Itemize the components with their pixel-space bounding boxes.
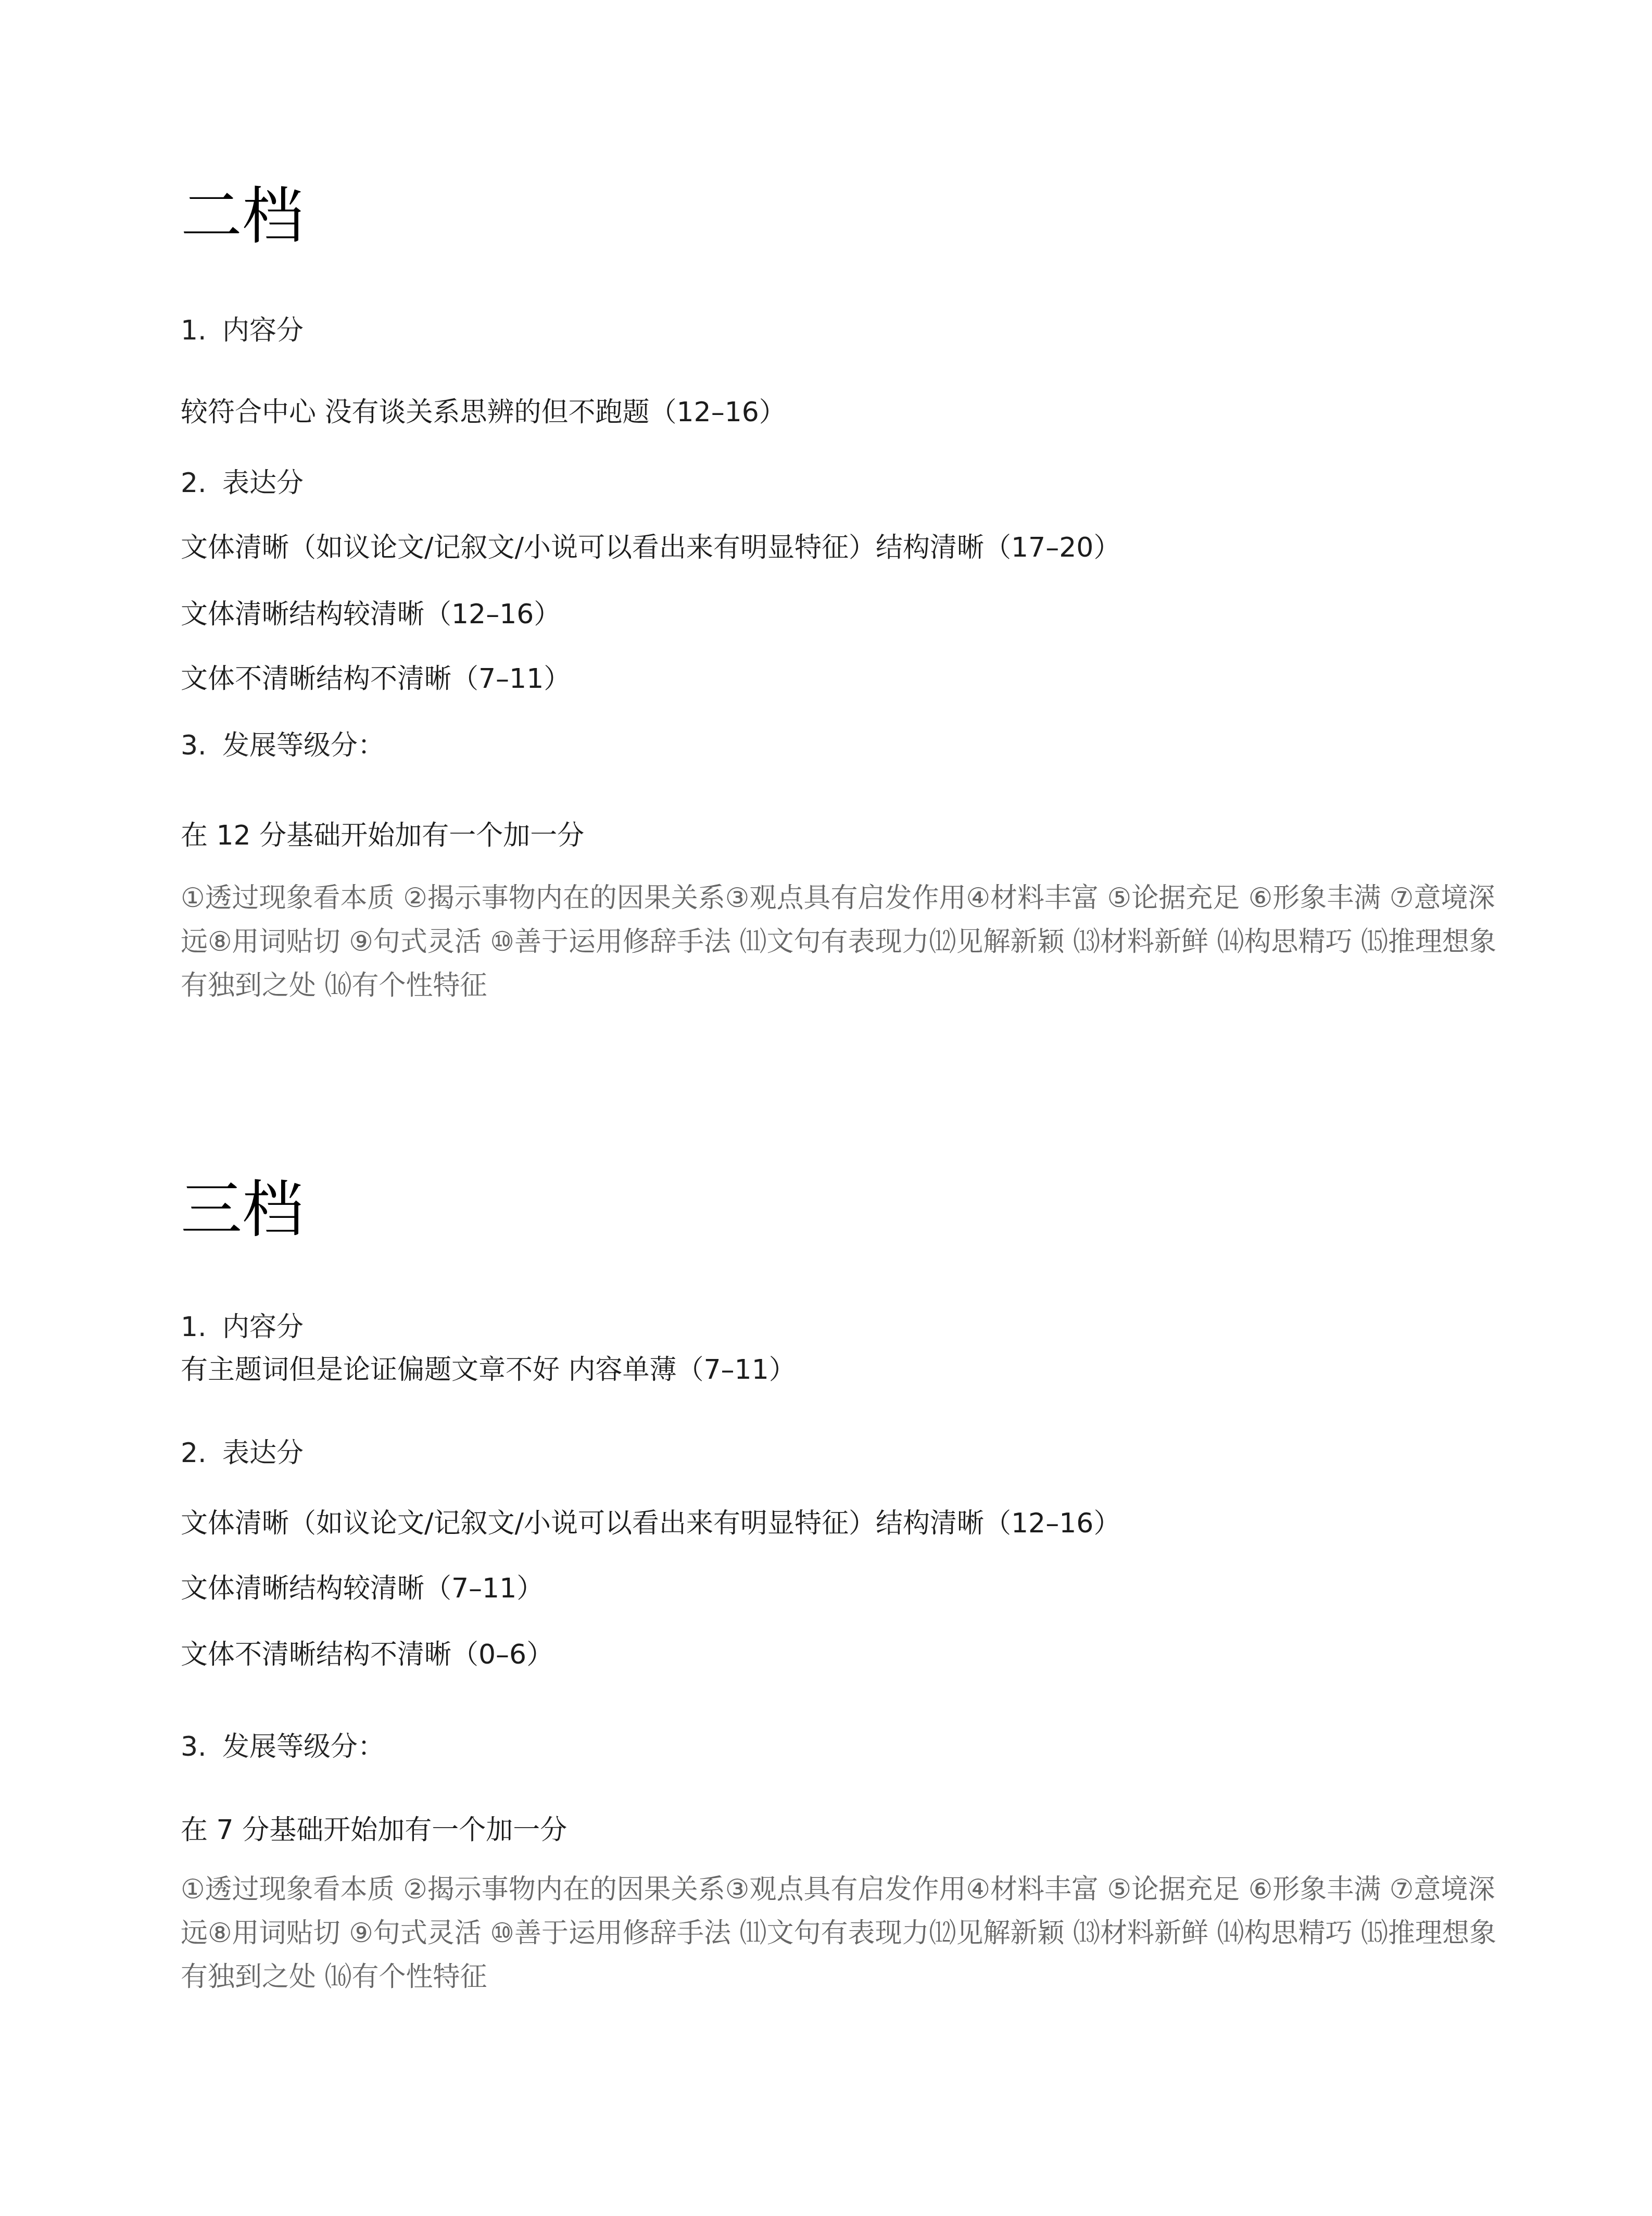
item-number: 3.: [181, 1730, 222, 1764]
development-criteria: ①透过现象看本质 ②揭示事物内在的因果关系③观点具有启发作用④材料丰富 ⑤论据充…: [181, 876, 1514, 1008]
item-label: 表达分: [222, 468, 304, 499]
development-base-line: 在 7 分基础开始加有一个加一分: [181, 1814, 567, 1847]
expression-line: 文体清晰（如议论文/记叙文/小说可以看出来有明显特征）结构清晰（12–16）: [181, 1507, 1120, 1540]
development-criteria: ①透过现象看本质 ②揭示事物内在的因果关系③观点具有启发作用④材料丰富 ⑤论据充…: [181, 1868, 1514, 1999]
expression-line: 文体不清晰结构不清晰（0–6）: [181, 1638, 553, 1671]
development-score-item: 3.发展等级分：: [181, 1730, 385, 1764]
expression-score-item: 2.表达分: [181, 467, 304, 500]
item-number: 2.: [181, 467, 222, 500]
item-number: 1.: [181, 1311, 222, 1344]
content-score-line: 有主题词但是论证偏题文章不好 内容单薄（7–11）: [181, 1353, 796, 1387]
item-number: 3.: [181, 729, 222, 762]
expression-line: 文体不清晰结构不清晰（7–11）: [181, 662, 571, 696]
expression-line: 文体清晰（如议论文/记叙文/小说可以看出来有明显特征）结构清晰（17–20）: [181, 531, 1120, 564]
content-score-item: 1.内容分: [181, 1311, 304, 1344]
development-base-line: 在 12 分基础开始加有一个加一分: [181, 819, 584, 852]
item-label: 发展等级分：: [222, 730, 385, 761]
content-score-item: 1.内容分: [181, 314, 304, 347]
expression-line: 文体清晰结构较清晰（12–16）: [181, 598, 561, 631]
section-heading-tier-3: 三档: [181, 1176, 304, 1243]
item-label: 发展等级分：: [222, 1731, 385, 1762]
item-number: 1.: [181, 314, 222, 347]
section-heading-tier-2: 二档: [181, 182, 304, 250]
item-label: 内容分: [222, 1312, 304, 1343]
item-number: 2.: [181, 1437, 222, 1470]
development-score-item: 3.发展等级分：: [181, 729, 385, 762]
item-label: 内容分: [222, 315, 304, 346]
expression-line: 文体清晰结构较清晰（7–11）: [181, 1572, 544, 1605]
expression-score-item: 2.表达分: [181, 1437, 304, 1470]
item-label: 表达分: [222, 1438, 304, 1469]
content-score-line: 较符合中心 没有谈关系思辨的但不跑题（12–16）: [181, 396, 786, 429]
